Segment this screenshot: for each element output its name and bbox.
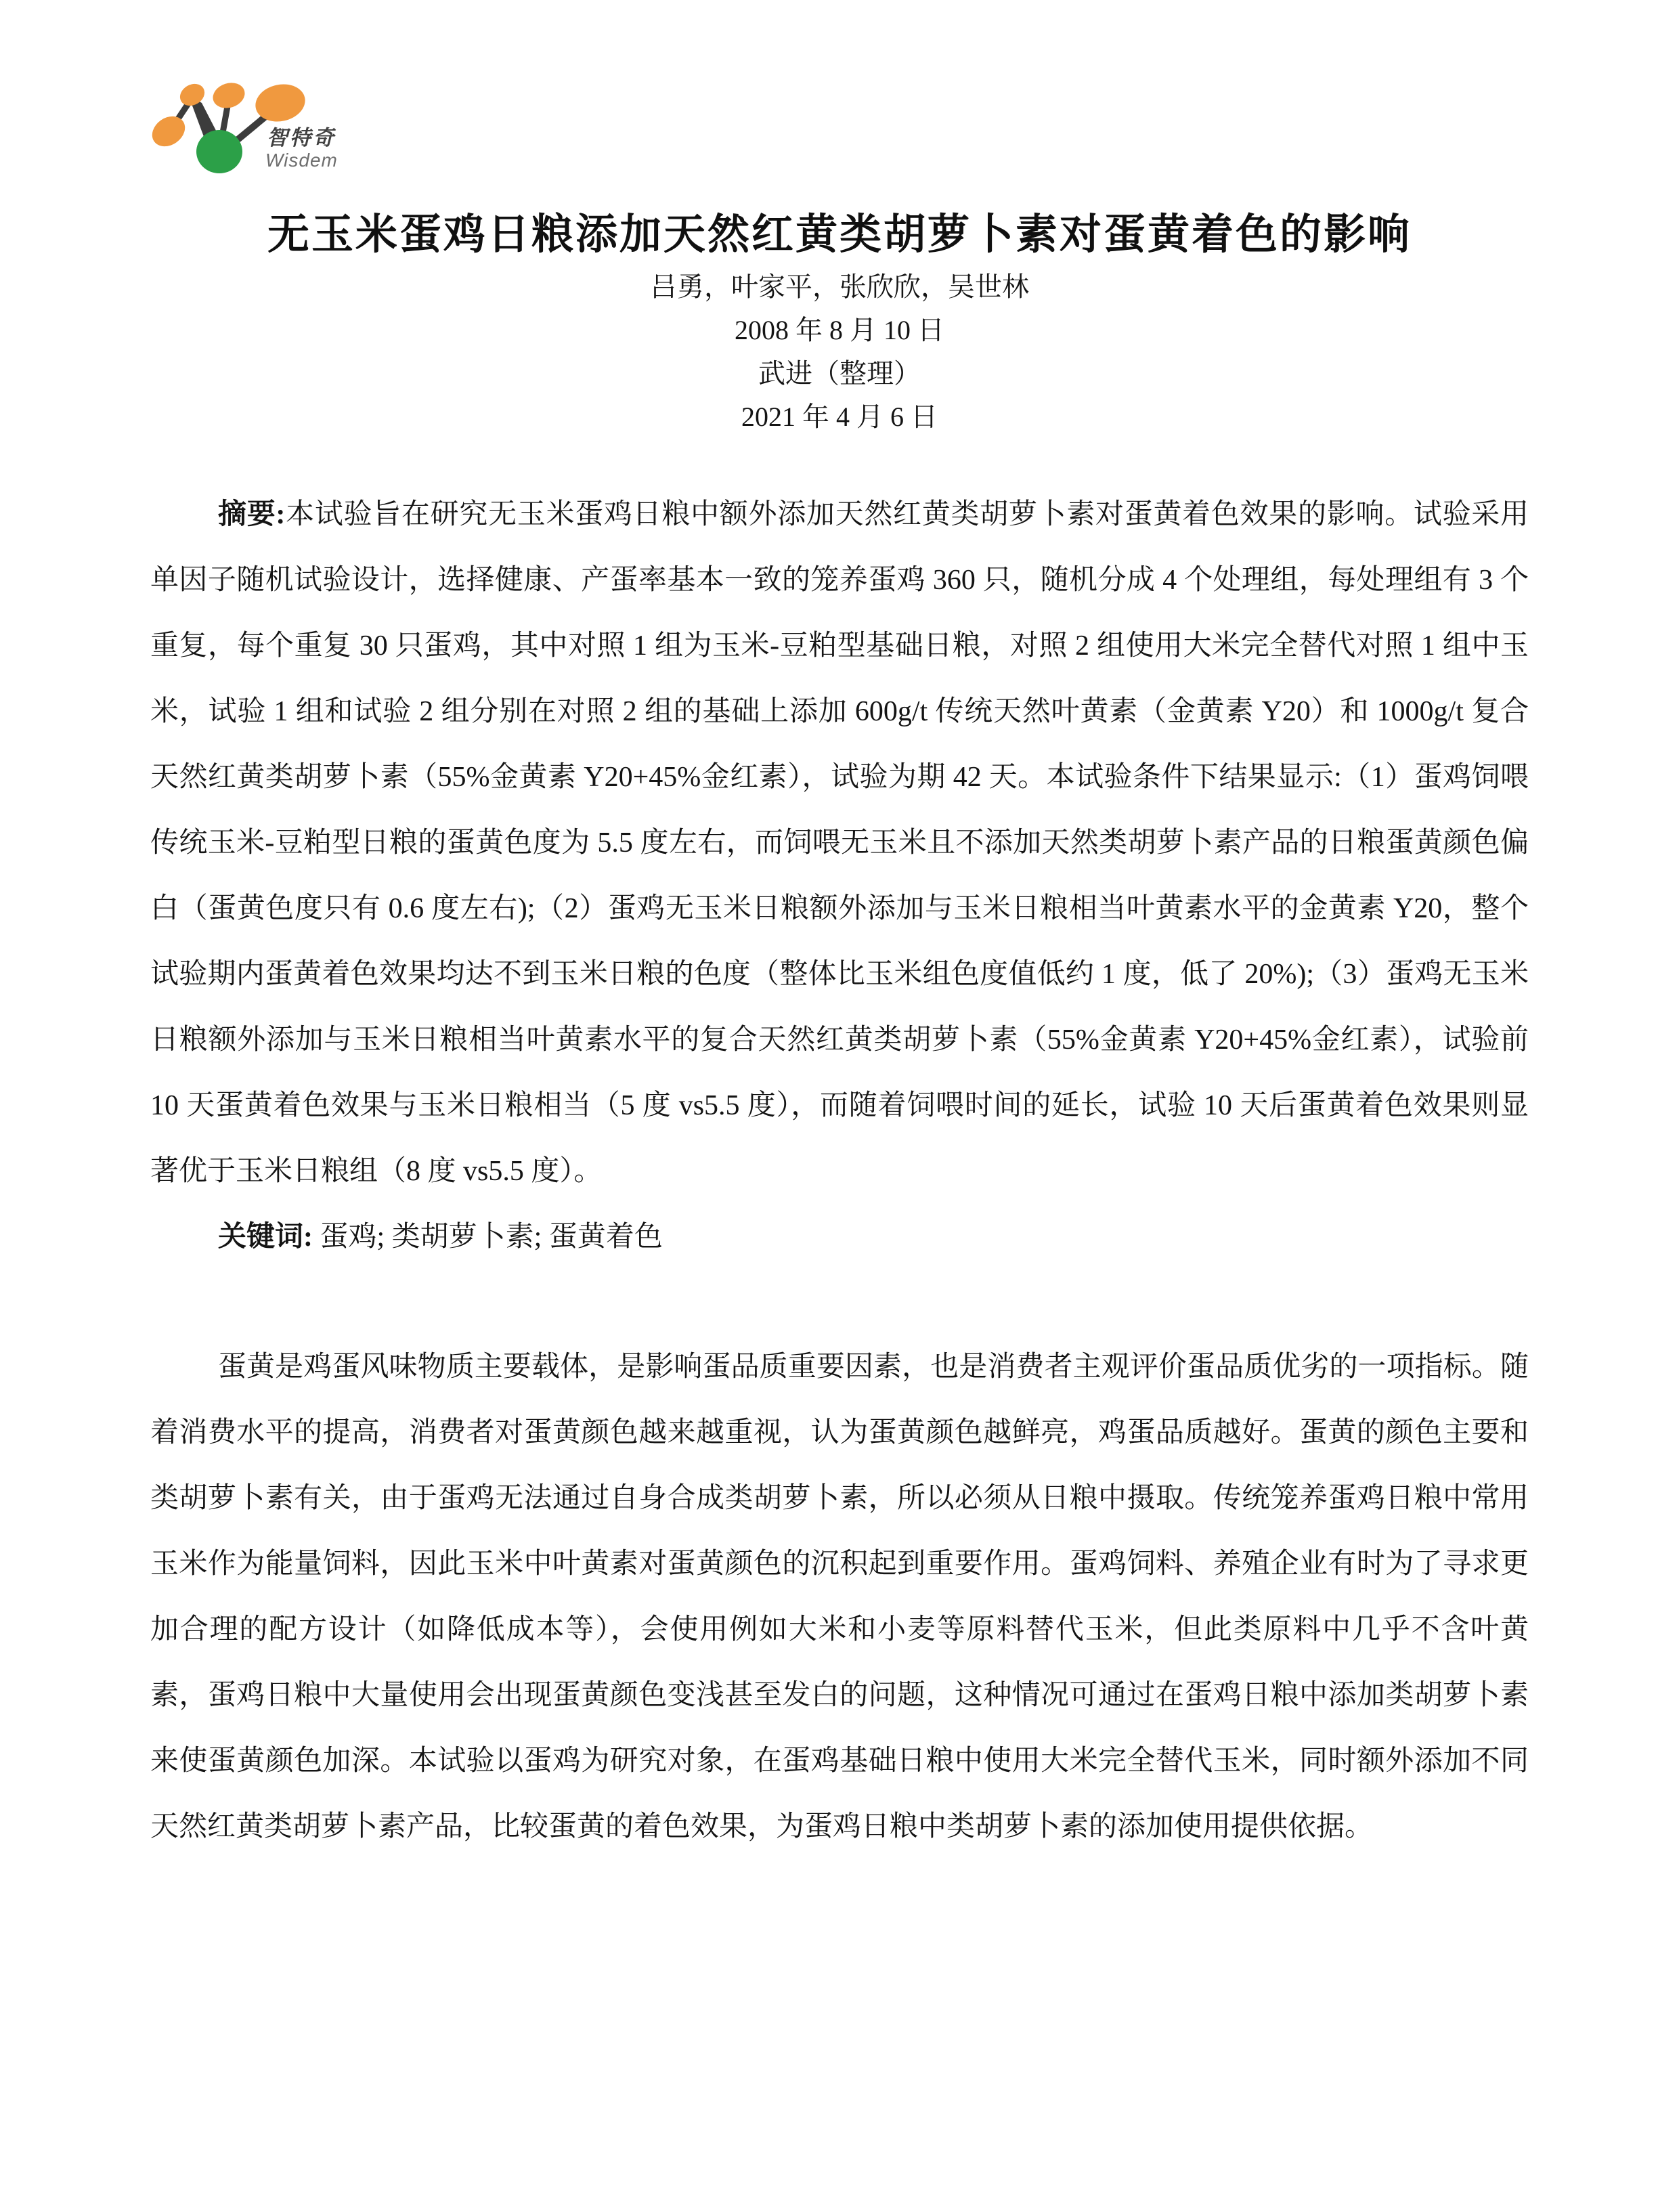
revision-date-line: 2021 年 4 月 6 日 — [0, 395, 1679, 439]
logo-blob-top-mid — [210, 79, 248, 112]
document-body: 摘要:本试验旨在研究无玉米蛋鸡日粮中额外添加天然红黄类胡萝卜素对蛋黄着色效果的影… — [150, 482, 1529, 1860]
keywords-label: 关键词: — [218, 1221, 313, 1253]
abstract-paragraph: 摘要:本试验旨在研究无玉米蛋鸡日粮中额外添加天然红黄类胡萝卜素对蛋黄着色效果的影… — [150, 482, 1529, 1205]
editor-line: 武进（整理） — [0, 352, 1679, 395]
keywords-line: 关键词: 蛋鸡; 类胡萝卜素; 蛋黄着色 — [150, 1205, 1529, 1270]
intro-paragraph: 蛋黄是鸡蛋风味物质主要载体，是影响蛋品质重要因素，也是消费者主观评价蛋品质优劣的… — [150, 1335, 1529, 1860]
abstract-label: 摘要: — [218, 499, 285, 530]
company-logo: 智特奇 Wisdem — [150, 72, 360, 177]
logo-text-en: Wisdem — [265, 150, 338, 171]
logo-blob-top-small — [176, 80, 209, 110]
logo-text-cn: 智特奇 — [267, 126, 336, 150]
keywords-text: 蛋鸡; 类胡萝卜素; 蛋黄着色 — [320, 1221, 663, 1253]
meta-block: 吕勇，叶家平，张欣欣，吴世林 2008 年 8 月 10 日 武进（整理） 20… — [0, 265, 1679, 439]
logo-blob-green — [196, 130, 242, 173]
document-page: 智特奇 Wisdem 无玉米蛋鸡日粮添加天然红黄类胡萝卜素对蛋黄着色的影响 吕勇… — [0, 0, 1679, 2212]
abstract-text: 本试验旨在研究无玉米蛋鸡日粮中额外添加天然红黄类胡萝卜素对蛋黄着色效果的影响。试… — [150, 499, 1529, 1187]
page-title: 无玉米蛋鸡日粮添加天然红黄类胡萝卜素对蛋黄着色的影响 — [0, 200, 1679, 261]
wisdem-w-mark-icon: 智特奇 Wisdem — [150, 72, 360, 177]
logo-blob-left — [150, 110, 191, 153]
original-date-line: 2008 年 8 月 10 日 — [0, 309, 1679, 352]
authors-line: 吕勇，叶家平，张欣欣，吴世林 — [0, 265, 1679, 309]
